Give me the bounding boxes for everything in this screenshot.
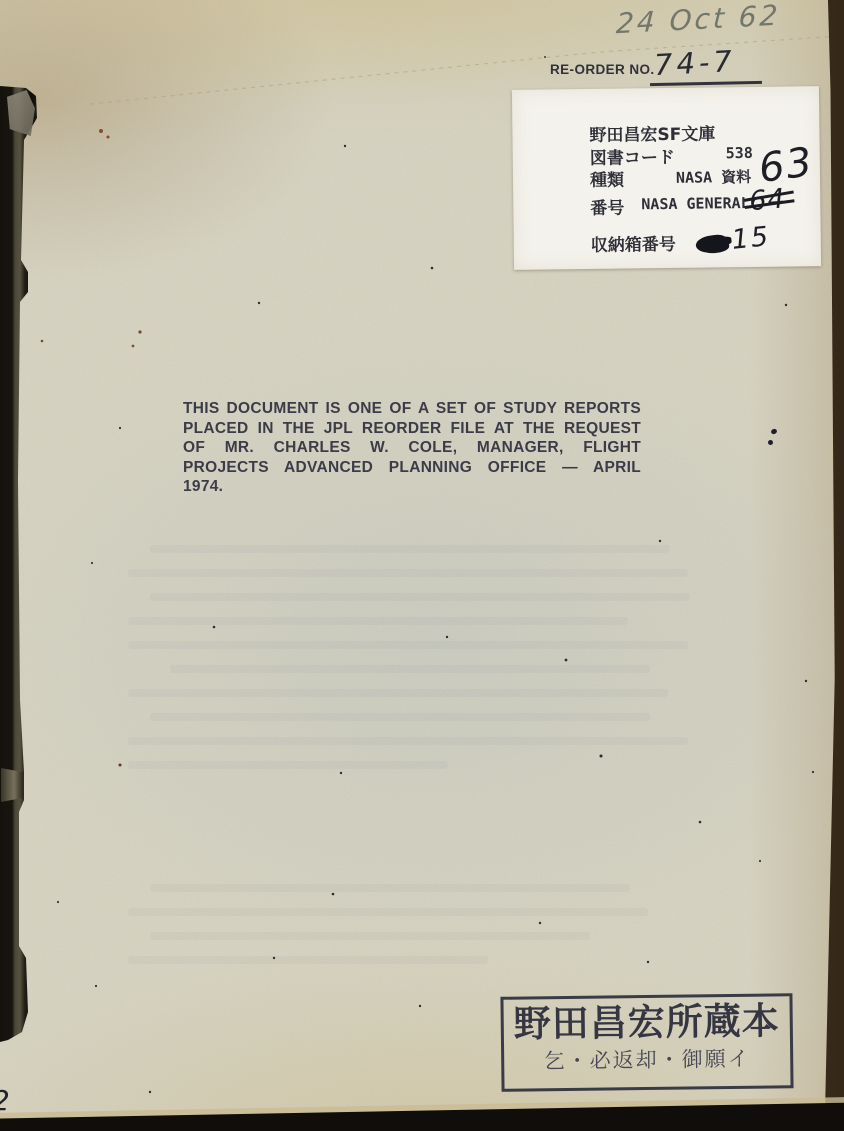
- handwritten-box-number: 15: [730, 221, 771, 256]
- show-through-text: [128, 545, 690, 964]
- page: 24 Oct 62 RE-ORDER NO. 74-7 野田昌宏SF文庫 図書コ…: [0, 0, 844, 1131]
- label-number: 番号: [590, 194, 624, 219]
- handwritten-date: 24 Oct 62: [615, 0, 816, 40]
- corner-pen-mark: 2: [0, 1084, 10, 1117]
- reorder-number-handwritten: 74-7: [653, 44, 736, 82]
- stamp-owner-name: 野田昌宏所蔵本: [504, 1000, 790, 1045]
- notice-line: 1974.: [183, 477, 641, 497]
- label-type: 種類: [590, 166, 624, 191]
- notice-line: OF MR. CHARLES W. COLE, MANAGER, FLIGHT: [183, 438, 641, 458]
- reorder-label: RE-ORDER NO.: [550, 62, 655, 77]
- reorder-underline: [650, 81, 762, 86]
- stamp-return-request: 乞・必返却・御願イ: [504, 1043, 790, 1076]
- label-collection-title: 野田昌宏SF文庫: [589, 119, 715, 146]
- notice-paragraph: THIS DOCUMENT IS ONE OF A SET OF STUDY R…: [183, 399, 641, 497]
- scanned-document-photo: 24 Oct 62 RE-ORDER NO. 74-7 野田昌宏SF文庫 図書コ…: [0, 0, 844, 1131]
- label-book-code-value: 538: [726, 144, 753, 162]
- crossed-out-number: 64: [748, 183, 787, 217]
- label-type-value: NASA 資料: [676, 166, 751, 188]
- label-storage-box: 収納箱番号: [591, 230, 676, 256]
- notice-line: PLACED IN THE JPL REORDER FILE AT THE RE…: [183, 419, 641, 439]
- binder-clip-bar: [1, 768, 23, 802]
- notice-line: PROJECTS ADVANCED PLANNING OFFICE — APRI…: [183, 458, 641, 478]
- binder-clip: [0, 0, 40, 1131]
- ink-scribble: [695, 233, 729, 254]
- notice-line: THIS DOCUMENT IS ONE OF A SET OF STUDY R…: [183, 399, 641, 419]
- label-number-value: NASA GENERAL: [641, 194, 750, 213]
- library-label: 野田昌宏SF文庫 図書コード 538 種類 NASA 資料 番号 NASA GE…: [512, 86, 821, 270]
- ink-dot: [768, 440, 773, 445]
- ownership-stamp: 野田昌宏所蔵本 乞・必返却・御願イ: [500, 993, 793, 1092]
- ink-dot: [770, 428, 778, 435]
